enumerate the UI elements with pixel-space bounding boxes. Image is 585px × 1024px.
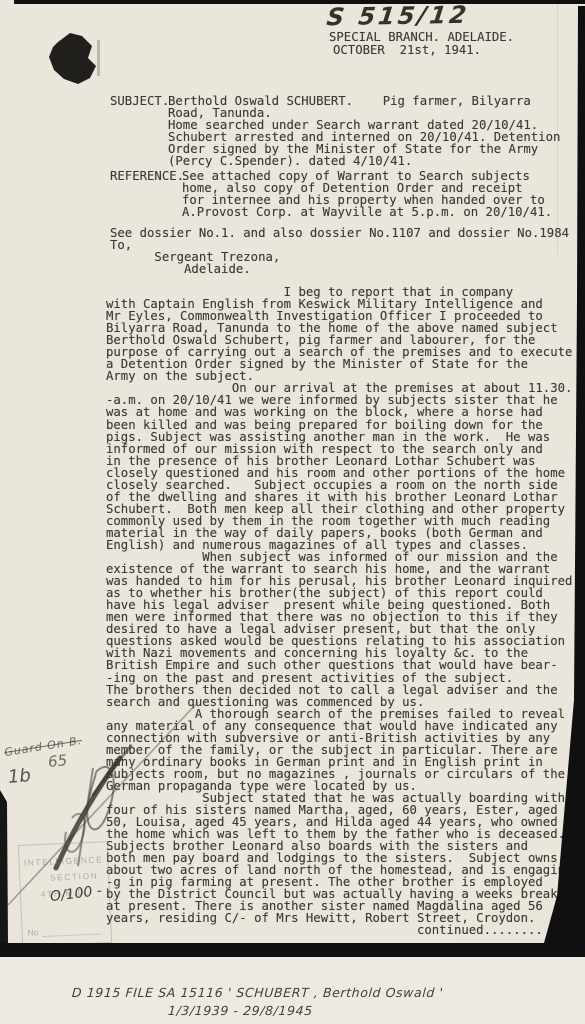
reference-label: REFERENCE. <box>110 170 184 182</box>
archive-file-annotation: D 1915 FILE SA 15116 ' SCHUBERT , Bertho… <box>71 985 444 1000</box>
document-date: OCTOBER 21st, 1941. <box>333 44 481 56</box>
reference-text: See attached copy of Warrant to Search s… <box>182 170 552 218</box>
office-name: SPECIAL BRANCH. ADELAIDE. <box>329 31 514 43</box>
scan-border-bottom <box>0 943 585 957</box>
stamp-line-2: SECTION <box>20 870 108 884</box>
dossier-and-addressee: See dossier No.1. and also dossier No.11… <box>110 227 569 275</box>
document-page: S 515/12 SPECIAL BRANCH. ADELAIDE. OCTOB… <box>0 0 585 957</box>
pencil-number-note: 65 <box>47 751 68 771</box>
scan-border-top <box>14 0 585 4</box>
stamp-number-row: No <box>27 924 100 937</box>
archive-date-range: 1/3/1939 - 29/8/1945 <box>167 1003 313 1018</box>
registry-number-handwritten: S 515/12 <box>325 1 471 31</box>
pencil-margin-mark: 1b <box>7 765 32 788</box>
subject-text: Berthold Oswald SCHUBERT. Pig farmer, Bi… <box>168 95 560 167</box>
crossed-out-pencil-note: Guard On B. <box>3 734 82 759</box>
subject-label: SUBJECT. <box>110 95 169 107</box>
scanned-document: S 515/12 SPECIAL BRANCH. ADELAIDE. OCTOB… <box>0 0 585 1024</box>
stamp-no-label: No <box>27 927 38 937</box>
report-body: I beg to report that in company with Cap… <box>106 286 572 937</box>
stamp-dotted-line <box>43 933 101 937</box>
stamp-line-1: INTELLIGENCE <box>19 854 107 868</box>
backing-sheet: D 1915 FILE SA 15116 ' SCHUBERT , Bertho… <box>0 957 585 1024</box>
paper-fold-line <box>557 0 558 255</box>
